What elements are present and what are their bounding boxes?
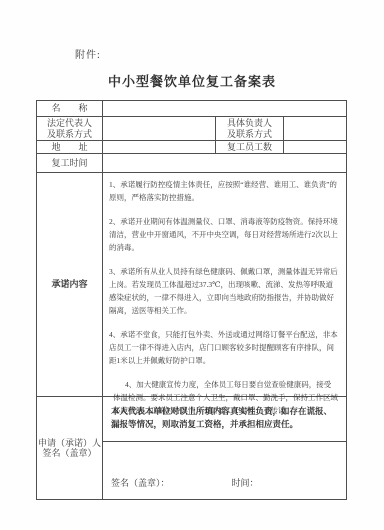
commitment-item-2: 2、承诺开业期间有体温测量仪、口罩、消毒液等防疫物资。保持环境清洁，营业中开窗通… bbox=[109, 215, 338, 254]
table-row-name: 名 称 bbox=[37, 101, 346, 117]
applicant-declaration-cell: 本人代表本单位对以上所填内容真实性负责，如存在谎报、漏报等情况，则取消复工资格，… bbox=[103, 397, 346, 499]
commitment-content: 1、承诺履行防控疫情主体责任，应按照“谁经营、谁用工、谁负责”的原则，严格落实防… bbox=[103, 173, 346, 396]
signature-area: 签名（盖章）： 时间： bbox=[103, 442, 346, 499]
workers-count-label: 复工员工数 bbox=[216, 141, 284, 153]
legal-rep-value-field bbox=[103, 117, 216, 140]
filing-form-table: 名 称 法定代表人 及联系方式 具体负责人 及联系方式 地 址 复工员工数 复工… bbox=[36, 100, 347, 500]
declaration-statement: 本人代表本单位对以上所填内容真实性负责，如存在谎报、漏报等情况，则取消复工资格，… bbox=[103, 397, 346, 442]
document-page: 附件: 中小型餐饮单位复工备案表 名 称 法定代表人 及联系方式 具体负责人 及… bbox=[0, 0, 384, 530]
resume-time-value-field bbox=[103, 154, 346, 172]
table-row-applicant: 申请（承诺）人 签名（盖章） 本人代表本单位对以上所填内容真实性负责，如存在谎报… bbox=[37, 397, 346, 499]
page-title: 中小型餐饮单位复工备案表 bbox=[0, 71, 384, 90]
workers-count-value-field bbox=[284, 141, 346, 153]
signature-seal-label: 签名（盖章）： bbox=[111, 478, 170, 489]
responsible-person-label: 具体负责人 及联系方式 bbox=[216, 117, 284, 140]
attachment-label: 附件: bbox=[75, 46, 101, 61]
address-value-field bbox=[103, 141, 216, 153]
table-row-address: 地 址 复工员工数 bbox=[37, 141, 346, 154]
table-row-resume-time: 复工时间 bbox=[37, 154, 346, 173]
name-label: 名 称 bbox=[37, 101, 103, 116]
responsible-person-value-field bbox=[284, 117, 346, 140]
commitment-item-3: 3、承诺所有从业人员持有绿色健康码、佩戴口罩，测量体温无异常后上岗。若发现员工体… bbox=[109, 265, 338, 317]
address-label: 地 址 bbox=[37, 141, 103, 153]
commitment-item-1: 1、承诺履行防控疫情主体责任，应按照“谁经营、谁用工、谁负责”的原则，严格落实防… bbox=[109, 178, 338, 204]
table-row-commitment: 承诺内容 1、承诺履行防控疫情主体责任，应按照“谁经营、谁用工、谁负责”的原则，… bbox=[37, 173, 346, 397]
legal-rep-label: 法定代表人 及联系方式 bbox=[37, 117, 103, 140]
resume-time-label: 复工时间 bbox=[37, 154, 103, 172]
name-value-field bbox=[103, 101, 346, 116]
commitment-label: 承诺内容 bbox=[37, 173, 103, 396]
applicant-signature-label: 申请（承诺）人 签名（盖章） bbox=[37, 397, 103, 499]
commitment-item-4: 4、承诺不堂食，只能打包外卖、外送或通过网络订餐平台配送，非本店员工一律不得进入… bbox=[109, 328, 338, 367]
table-row-representatives: 法定代表人 及联系方式 具体负责人 及联系方式 bbox=[37, 117, 346, 141]
time-label: 时间： bbox=[232, 478, 259, 489]
